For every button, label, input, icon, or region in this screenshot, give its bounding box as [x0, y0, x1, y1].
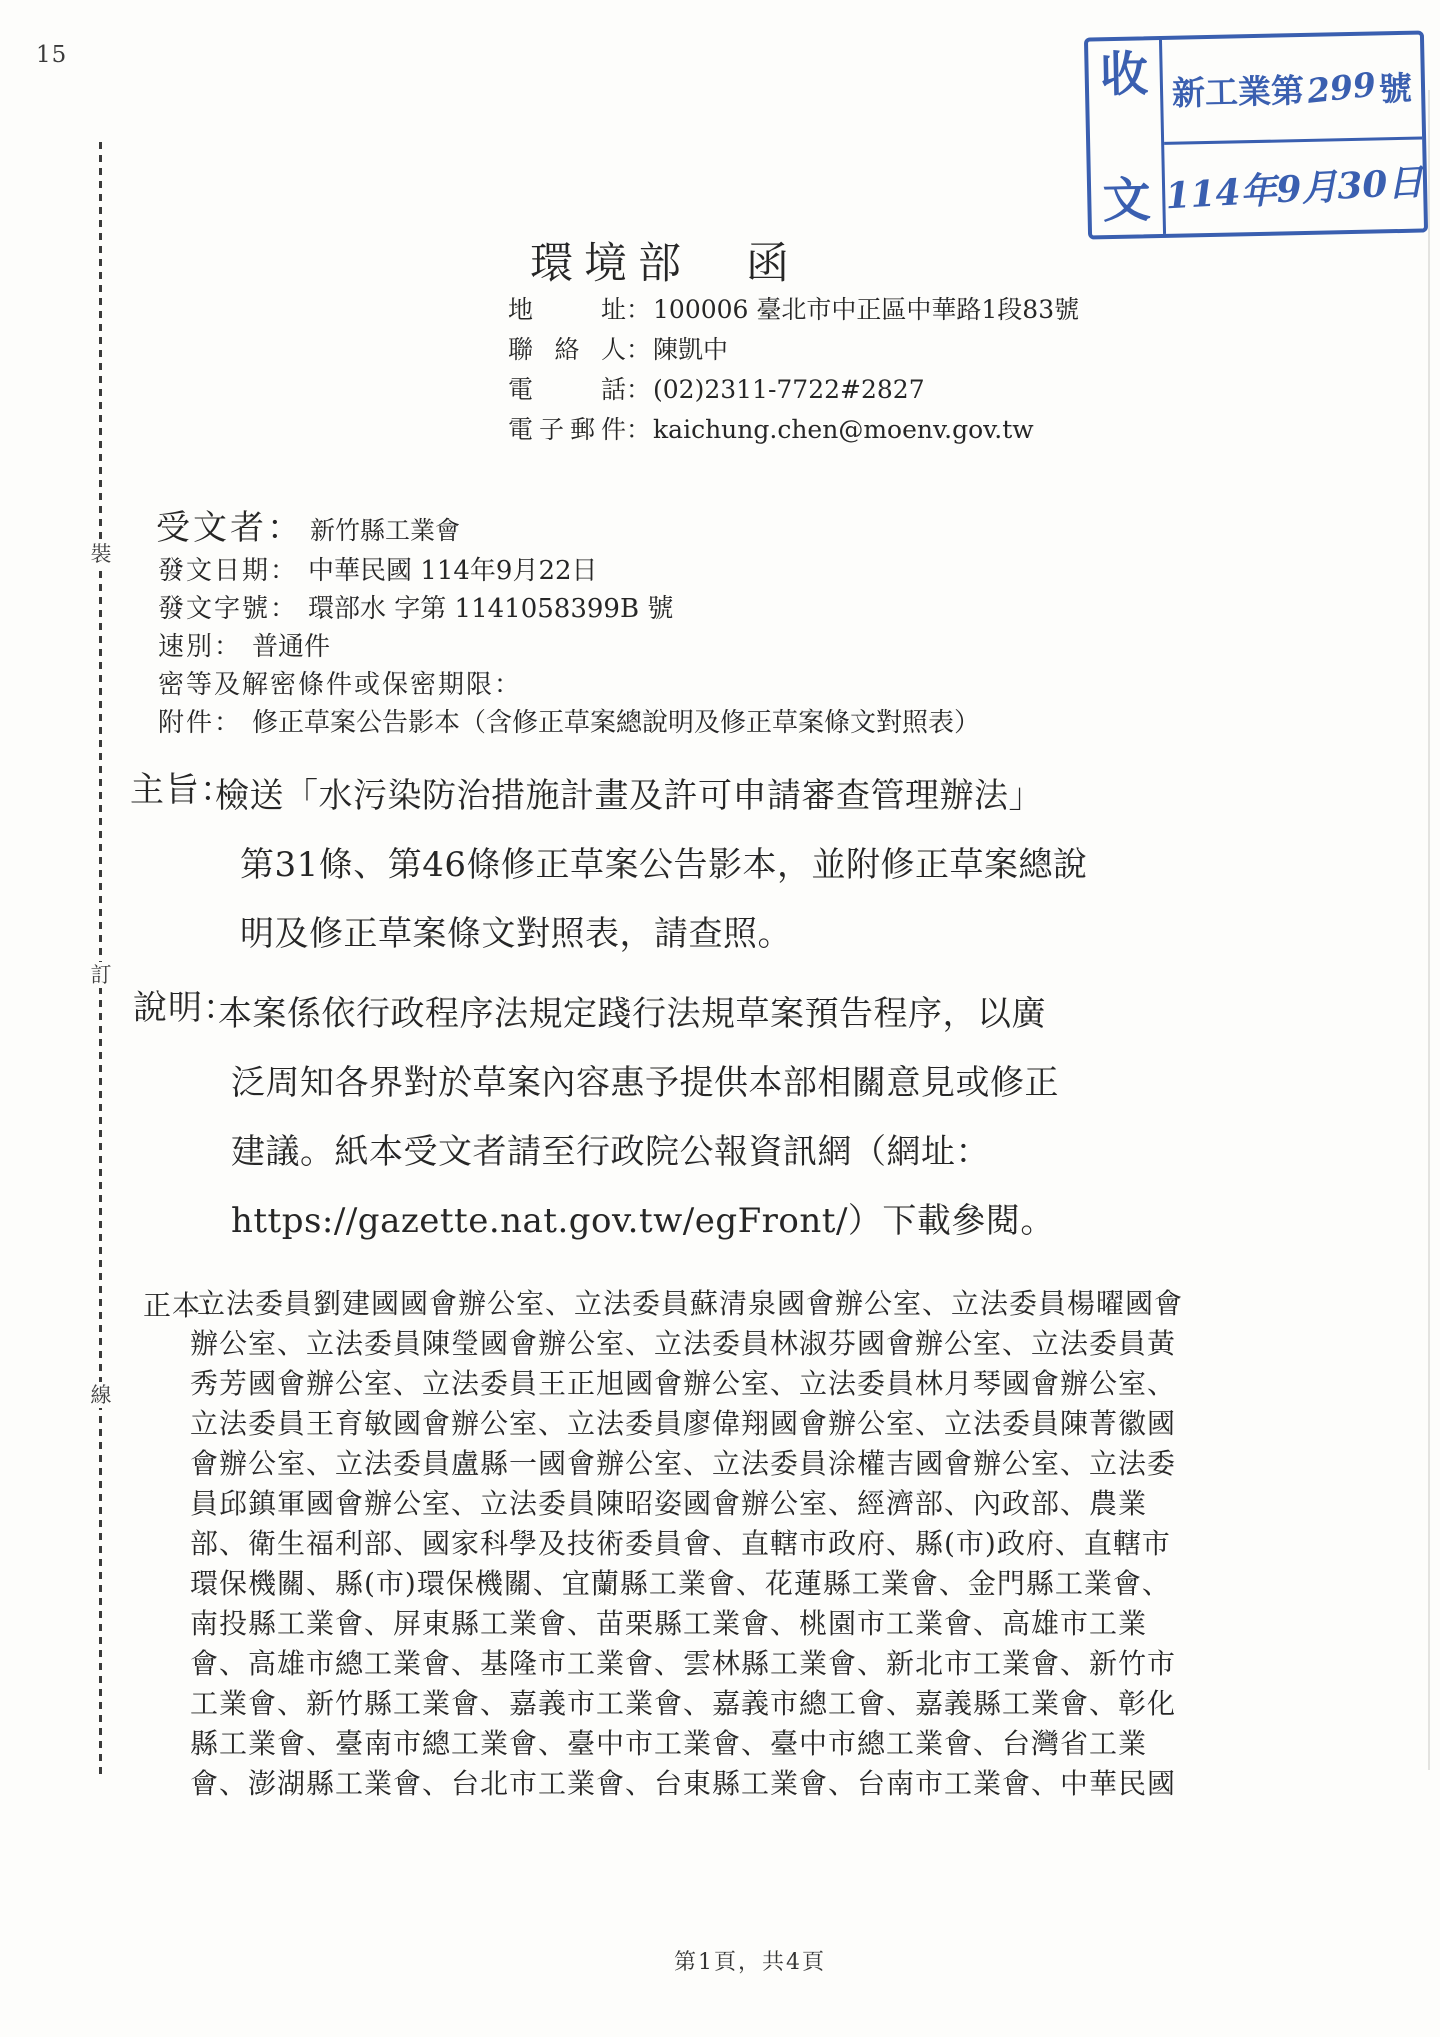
scanned-official-letter-page: 15 裝 訂 線 收 文 新工業第299號 114年9月30日 環境部 函 地址…	[0, 0, 1440, 2037]
original-recipients-line: 立法委員王育敏國會辦公室、立法委員廖偉翔國會辦公室、立法委員陳菁徽國	[190, 1404, 1183, 1444]
explanation-line-url: https://gazette.nat.gov.tw/egFront/）下載參閱…	[231, 1187, 1059, 1256]
page-number: 第1頁，共4頁	[674, 1945, 826, 1976]
document-meta-block: 發文日期：中華民國 114年9月22日 發文字號：環部水 字第 11410583…	[158, 552, 980, 742]
original-recipients-line: 部、衛生福利部、國家科學及技術委員會、直轄市政府、縣(市)政府、直轄市	[190, 1524, 1183, 1564]
received-document-stamp: 收 文 新工業第299號 114年9月30日	[1084, 30, 1428, 239]
contact-row-email: 電子郵件：kaichung.chen@moenv.gov.tw	[508, 410, 1079, 450]
original-recipients-line: 辦公室、立法委員陳瑩國會辦公室、立法委員林淑芬國會辦公室、立法委員黃	[190, 1324, 1183, 1364]
contact-row-address: 地址：100006 臺北市中正區中華路1段83號	[508, 290, 1079, 330]
contact-row-phone: 電話：(02)2311-7722#2827	[508, 370, 1079, 410]
subject-section: 主旨： 檢送「水污染防治措施計畫及許可申請審查管理辦法」 第31條、第46條修正…	[215, 762, 1088, 969]
meta-row-doc-number: 發文字號：環部水 字第 1141058399B 號	[158, 590, 980, 628]
meta-row-speed: 速別：普通件	[158, 628, 980, 666]
contact-colon: ：	[626, 370, 651, 410]
contact-value: 100006 臺北市中正區中華路1段83號	[653, 295, 1079, 324]
original-recipients-line: 會、高雄市總工業會、基隆市工業會、雲林縣工業會、新北市工業會、新竹市	[190, 1644, 1183, 1684]
recipient-row: 受文者：新竹縣工業會	[156, 500, 460, 549]
contact-colon: ：	[626, 410, 651, 450]
stamp-serial-prefix: 新工業第	[1171, 65, 1304, 115]
contact-value: kaichung.chen@moenv.gov.tw	[653, 415, 1034, 444]
explanation-line: 本案係依行政程序法規定踐行法規草案預告程序，以廣	[218, 980, 1059, 1049]
binding-dotted-line	[99, 142, 102, 1774]
original-recipients-line: 南投縣工業會、屏東縣工業會、苗栗縣工業會、桃園市工業會、高雄市工業	[190, 1604, 1183, 1644]
contact-colon: ：	[626, 290, 651, 330]
contact-label: 地址	[508, 290, 626, 330]
contact-value: 陳凱中	[653, 335, 728, 364]
scan-edge-line	[1428, 90, 1430, 1770]
stamp-received-date: 114年9月30日	[1164, 140, 1424, 234]
binding-mark-xian: 線	[88, 1382, 114, 1408]
explanation-line: 泛周知各界對於草案內容惠予提供本部相關意見或修正	[231, 1049, 1059, 1118]
stamp-label-top: 收	[1100, 50, 1149, 99]
stamp-serial-handwritten-number: 299	[1305, 64, 1378, 110]
contact-label: 電子郵件	[508, 410, 626, 450]
original-recipients-line: 員邱鎮軍國會辦公室、立法委員陳昭姿國會辦公室、經濟部、內政部、農業	[190, 1484, 1183, 1524]
original-recipients-label: 正本：	[143, 1284, 230, 1324]
stamp-serial-suffix: 號	[1378, 62, 1412, 110]
subject-line: 檢送「水污染防治措施計畫及許可申請審查管理辦法」	[215, 762, 1088, 831]
subject-line: 第31條、第46條修正草案公告影本，並附修正草案總說	[240, 831, 1088, 900]
recipient-label: 受文者：	[156, 508, 304, 548]
explanation-line: 建議。紙本受文者請至行政院公報資訊網（網址：	[231, 1118, 1059, 1187]
original-recipients-line: 會辦公室、立法委員盧縣一國會辦公室、立法委員涂權吉國會辦公室、立法委	[190, 1444, 1183, 1484]
explanation-label: 說明：	[133, 980, 238, 1029]
explanation-section: 說明： 本案係依行政程序法規定踐行法規草案預告程序，以廣 泛周知各界對於草案內容…	[218, 980, 1059, 1256]
meta-row-classification: 密等及解密條件或保密期限：	[158, 666, 980, 704]
page-corner-number: 15	[36, 42, 67, 68]
original-recipients-line: 秀芳國會辦公室、立法委員王正旭國會辦公室、立法委員林月琴國會辦公室、	[190, 1364, 1183, 1404]
meta-row-attachment: 附件：修正草案公告影本（含修正草案總說明及修正草案條文對照表）	[158, 704, 980, 742]
stamp-serial-number: 新工業第299號	[1162, 35, 1422, 146]
original-recipients-line: 立法委員劉建國國會辦公室、立法委員蘇清泉國會辦公室、立法委員楊曜國會	[197, 1284, 1183, 1324]
original-recipients-line: 縣工業會、臺南市總工業會、臺中市工業會、臺中市總工業會、台灣省工業	[190, 1724, 1183, 1764]
stamp-received-label: 收 文	[1088, 40, 1166, 236]
binding-mark-ding: 訂	[88, 962, 114, 988]
original-recipients-line: 工業會、新竹縣工業會、嘉義市工業會、嘉義市總工會、嘉義縣工業會、彰化	[190, 1684, 1183, 1724]
contact-label: 聯絡人	[508, 330, 626, 370]
contact-label: 電話	[508, 370, 626, 410]
contact-value: (02)2311-7722#2827	[653, 375, 925, 404]
document-title: 環境部 函	[530, 230, 800, 291]
recipient-value: 新竹縣工業會	[310, 516, 460, 545]
contact-row-person: 聯絡人：陳凱中	[508, 330, 1079, 370]
original-recipients-section: 正本： 立法委員劉建國國會辦公室、立法委員蘇清泉國會辦公室、立法委員楊曜國會 辦…	[197, 1284, 1183, 1804]
subject-label: 主旨：	[130, 762, 235, 811]
subject-line: 明及修正草案條文對照表，請查照。	[240, 900, 1088, 969]
stamp-right-panel: 新工業第299號 114年9月30日	[1162, 35, 1424, 234]
contact-colon: ：	[626, 330, 651, 370]
binding-mark-zhuang: 裝	[88, 541, 114, 567]
agency-contact-block: 地址：100006 臺北市中正區中華路1段83號 聯絡人：陳凱中 電話：(02)…	[508, 290, 1079, 450]
original-recipients-line: 環保機關、縣(市)環保機關、宜蘭縣工業會、花蓮縣工業會、金門縣工業會、	[190, 1564, 1183, 1604]
original-recipients-line: 會、澎湖縣工業會、台北市工業會、台東縣工業會、台南市工業會、中華民國	[190, 1764, 1183, 1804]
stamp-label-bottom: 文	[1102, 176, 1151, 225]
meta-row-issue-date: 發文日期：中華民國 114年9月22日	[158, 552, 980, 590]
